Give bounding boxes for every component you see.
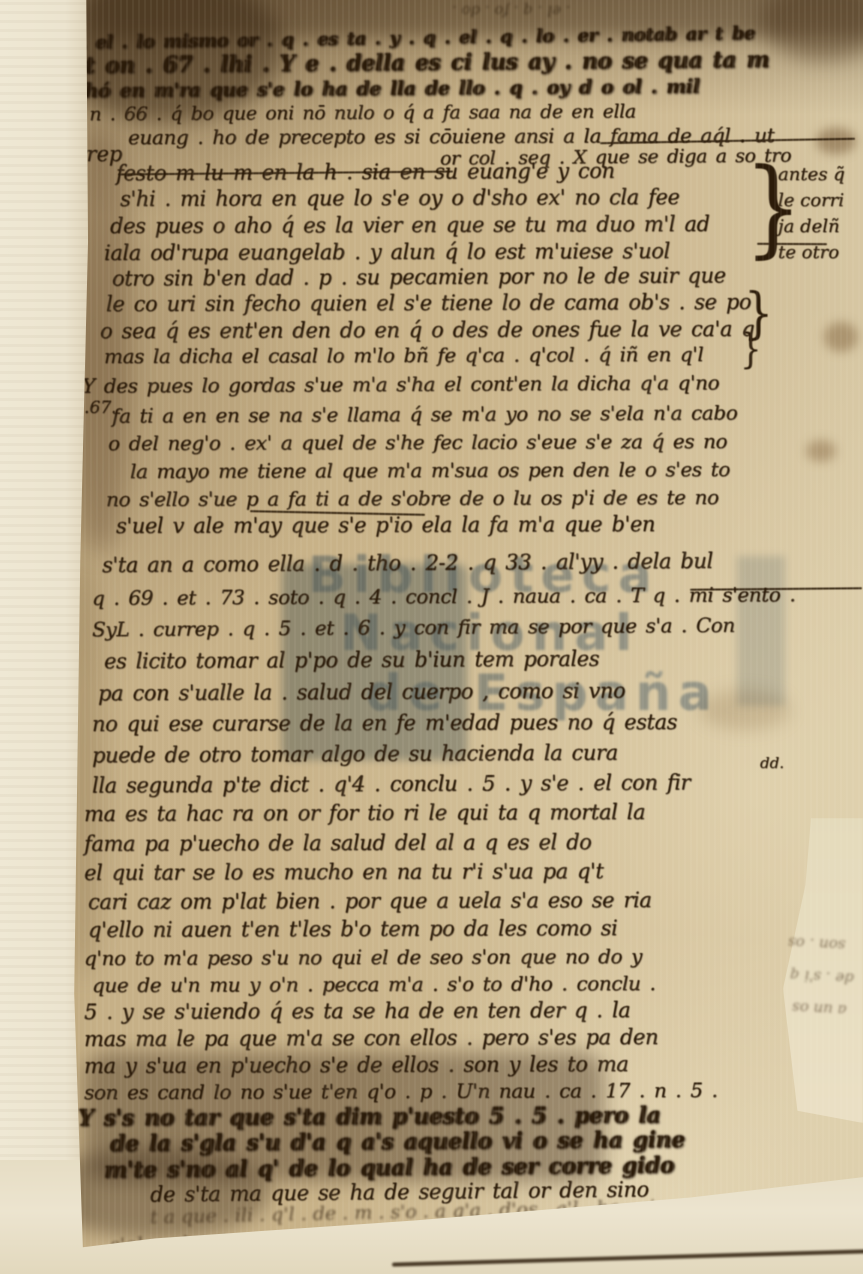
manuscript-line: s'hi . mi hora en que lo s'e oy o d'sho … bbox=[120, 185, 680, 211]
margin-brace: } bbox=[744, 281, 773, 346]
manuscript-line: SyL . currep . q . 5 . et . 6 . y con fi… bbox=[92, 613, 735, 641]
right-margin-mark: dd. bbox=[760, 754, 784, 772]
ink-stroke bbox=[118, 171, 453, 176]
bne-watermark-logo bbox=[282, 564, 467, 760]
manuscript-line: apos hó en m'ra que s'e lo ha de lla de … bbox=[28, 76, 700, 103]
right-margin-note: antes q̃ le corri ja delñ te otro bbox=[778, 162, 845, 266]
manuscript-line: o del neg'o . ex' a quel de s'he fec lac… bbox=[108, 429, 727, 455]
bne-watermark-block bbox=[737, 556, 785, 706]
manuscript-line: pa con s'ualle la . salud del cuerpo , c… bbox=[98, 679, 625, 706]
manuscript-line: mas la dicha el casal lo m'lo bñ fe q'ca… bbox=[104, 342, 703, 368]
manuscript-scan: Biblioteca Nacional de España nota . el … bbox=[0, 0, 863, 1274]
manuscript-line: ma es ta hac ra on or for tio ri le qui … bbox=[84, 800, 645, 826]
ink-stroke bbox=[690, 587, 862, 591]
manuscript-line: no qui ese curarse de la en fe m'edad pu… bbox=[92, 710, 677, 736]
manuscript-line: otro sin b'en dad . p . su pecamien por … bbox=[112, 263, 726, 290]
right-margin-note-line: te otro bbox=[778, 240, 845, 266]
ink-stain bbox=[806, 440, 836, 462]
manuscript-line: mag . n . 66 . q́ bo que oni nō nulo o q… bbox=[26, 100, 636, 125]
showthrough-text: son . os bbox=[788, 934, 846, 955]
manuscript-line: puede de otro tomar algo de su hacienda … bbox=[92, 741, 618, 768]
manuscript-line: el qui tar se lo es mucho en na tu r'i s… bbox=[84, 859, 604, 885]
showthrough-text: de . s'i q bbox=[790, 966, 855, 987]
manuscript-line: des pues o aho q́ es la vier en que se t… bbox=[110, 212, 710, 238]
torn-paper-chip bbox=[783, 818, 863, 1123]
watermark-text: Nacional bbox=[340, 604, 639, 662]
manuscript-line: son es cand lo no s'ue t'en q'o . p . U'… bbox=[84, 1078, 718, 1104]
manuscript-line: le co uri sin fecho quien el s'e tiene l… bbox=[106, 290, 751, 316]
ink-stain bbox=[760, 0, 863, 60]
manuscript-line: lla segunda p'te dict . q'4 . conclu . 5… bbox=[92, 770, 690, 797]
manuscript-line: ma y s'ua en p'uecho s'e de ellos . son … bbox=[84, 1052, 628, 1078]
manuscript-line: q . 69 . et . 73 . soto . q . 4 . concl … bbox=[92, 582, 795, 610]
right-margin-note-line: antes q̃ bbox=[778, 162, 845, 188]
right-margin-note-line: le corri bbox=[778, 188, 845, 214]
right-margin-note-line: ja delñ bbox=[778, 214, 845, 240]
margin-brace: } bbox=[744, 146, 803, 269]
manuscript-line: o sea q́ es ent'en den do en q́ o des de… bbox=[100, 317, 754, 343]
ink-stain bbox=[824, 322, 858, 352]
manuscript-line: iala od'rupa euangelab . y alun q́ lo es… bbox=[104, 239, 670, 265]
manuscript-line: s'ta an a como ella . d . tho . 2-2 . q … bbox=[102, 549, 713, 577]
manuscript-line: cari caz om p'lat bien . por que a uela … bbox=[88, 888, 652, 914]
showthrough-text: a un os bbox=[792, 999, 847, 1020]
manuscript-line: Y s's no tar que s'ta dim p'uesto 5 . 5 … bbox=[78, 1102, 660, 1131]
ink-stroke bbox=[600, 138, 855, 145]
watermark-text: Biblioteca bbox=[308, 546, 659, 604]
ink-stain bbox=[84, 1052, 604, 1182]
bne-watermark: Biblioteca Nacional de España bbox=[282, 546, 797, 768]
margin-brace: } bbox=[740, 326, 762, 374]
manuscript-line: or col . seq . X que se diga a so tro bbox=[440, 144, 791, 169]
manuscript-line: de la s'gla s'u d'a q a's aquello vi o s… bbox=[110, 1127, 685, 1157]
ink-stroke bbox=[757, 243, 827, 246]
left-margin-number: .67. bbox=[84, 398, 116, 418]
manuscript-line: 5 . y se s'uiendo q́ es ta se ha de en t… bbox=[84, 998, 630, 1024]
manuscript-line: mas ma le pa que m'a se con ellos . pero… bbox=[84, 1025, 658, 1051]
manuscript-line: festo m lu m en la h . sia en su euang'e… bbox=[116, 159, 615, 186]
manuscript-line: Y des pues lo gordas s'ue m'a s'ha el co… bbox=[82, 370, 719, 397]
ink-stroke bbox=[250, 510, 425, 516]
manuscript-line: la mayo me tiene al que m'a m'sua os pen… bbox=[130, 457, 730, 483]
manuscript-line: es licito tomar al p'po de su b'iun tem … bbox=[104, 647, 599, 674]
manuscript-line: q'no to m'a peso s'u no qui el de seo s'… bbox=[84, 944, 642, 970]
ink-stain bbox=[90, 0, 863, 37]
manuscript-line: not on . 67 . lhi . Y e . della es ci lu… bbox=[55, 47, 769, 79]
manuscript-line: de s'ta ma que se ha de seguir tal or de… bbox=[150, 1177, 649, 1206]
manuscript-line: m'te s'no al q' de lo qual ha de ser cor… bbox=[104, 1153, 674, 1184]
ink-stain bbox=[700, 690, 790, 730]
manuscript-line: euang . ho de precepto es si cōuiene ans… bbox=[128, 123, 774, 149]
manuscript-page: Biblioteca Nacional de España nota . el … bbox=[0, 0, 863, 1274]
manuscript-line: fama pa p'uecho de la salud del al a q e… bbox=[84, 830, 591, 856]
showthrough-text: . el . q . fo . do . bbox=[452, 2, 570, 20]
manuscript-line: fa ti a en en se na s'e llama q́ se m'a … bbox=[112, 400, 737, 427]
manuscript-line: s'uel v ale m'ay que s'e p'io ela la fa … bbox=[116, 512, 655, 538]
manuscript-line: que de u'n mu y o'n . pecca m'a . s'o to… bbox=[92, 971, 656, 997]
manuscript-line: q'ello ni auen t'en t'les b'o tem po da … bbox=[88, 916, 617, 942]
manuscript-line: nota . el . lo mismo or . q . es ta . y … bbox=[28, 23, 755, 54]
ink-stain bbox=[816, 128, 856, 154]
manuscript-line: no s'ello s'ue p a fa ti a de s'obre de … bbox=[106, 485, 719, 511]
watermark-text: de España bbox=[366, 664, 719, 722]
